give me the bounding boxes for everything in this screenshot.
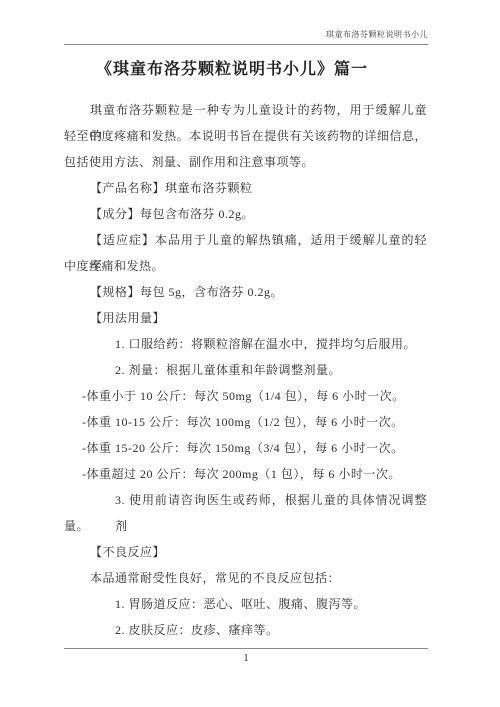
text-line: 中度疼痛和发热。: [64, 253, 427, 279]
text-line: 2. 剂量：根据儿童体重和年龄调整剂量。: [64, 357, 427, 383]
text-line: 【不良反应】: [64, 539, 427, 565]
text-line: -体重 10-15 公斤：每次 100mg（1/2 包），每 6 小时一次。: [64, 409, 427, 435]
text-line: 琪童布洛芬颗粒是一种专为儿童设计的药物，用于缓解儿童的: [64, 97, 427, 123]
text-line: 本品通常耐受性良好，常见的不良反应包括：: [64, 565, 427, 591]
text-line: -体重超过 20 公斤：每次 200mg（1 包），每 6 小时一次。: [64, 461, 427, 487]
text-line: 3. 使用前请咨询医生或药师，根据儿童的具体情况调整剂: [64, 487, 427, 513]
text-line: 【规格】每包 5g，含布洛芬 0.2g。: [64, 279, 427, 305]
text-line: -体重小于 10 公斤：每次 50mg（1/4 包），每 6 小时一次。: [64, 383, 427, 409]
text-line: 1. 胃肠道反应：恶心、呕吐、腹痛、腹泻等。: [64, 591, 427, 617]
page-number: 1: [64, 651, 428, 665]
text-line: 1. 口服给药：将颗粒溶解在温水中，搅拌均匀后服用。: [64, 331, 427, 357]
text-line: 【适应症】本品用于儿童的解热镇痛，适用于缓解儿童的轻至: [64, 227, 427, 253]
document-body: 琪童布洛芬颗粒是一种专为儿童设计的药物，用于缓解儿童的轻至中度疼痛和发热。本说明…: [64, 97, 427, 643]
text-line: 【产品名称】琪童布洛芬颗粒: [64, 175, 427, 201]
page-header: 琪童布洛芬颗粒说明书小儿: [64, 0, 428, 45]
document-page: 琪童布洛芬颗粒说明书小儿 《琪童布洛芬颗粒说明书小儿》篇一 琪童布洛芬颗粒是一种…: [0, 0, 500, 707]
text-line: 轻至中度疼痛和发热。本说明书旨在提供有关该药物的详细信息，: [64, 123, 427, 149]
text-line: 【成分】每包含布洛芬 0.2g。: [64, 201, 427, 227]
text-line: -体重 15-20 公斤：每次 150mg（3/4 包），每 6 小时一次。: [64, 435, 427, 461]
header-running-title: 琪童布洛芬颗粒说明书小儿: [326, 30, 428, 40]
text-line: 2. 皮肤反应：皮疹、瘙痒等。: [64, 617, 427, 643]
page-title: 《琪童布洛芬颗粒说明书小儿》篇一: [64, 58, 428, 82]
text-line: 【用法用量】: [64, 305, 427, 331]
text-line: 包括使用方法、剂量、副作用和注意事项等。: [64, 149, 427, 175]
footer-divider: [64, 648, 428, 649]
